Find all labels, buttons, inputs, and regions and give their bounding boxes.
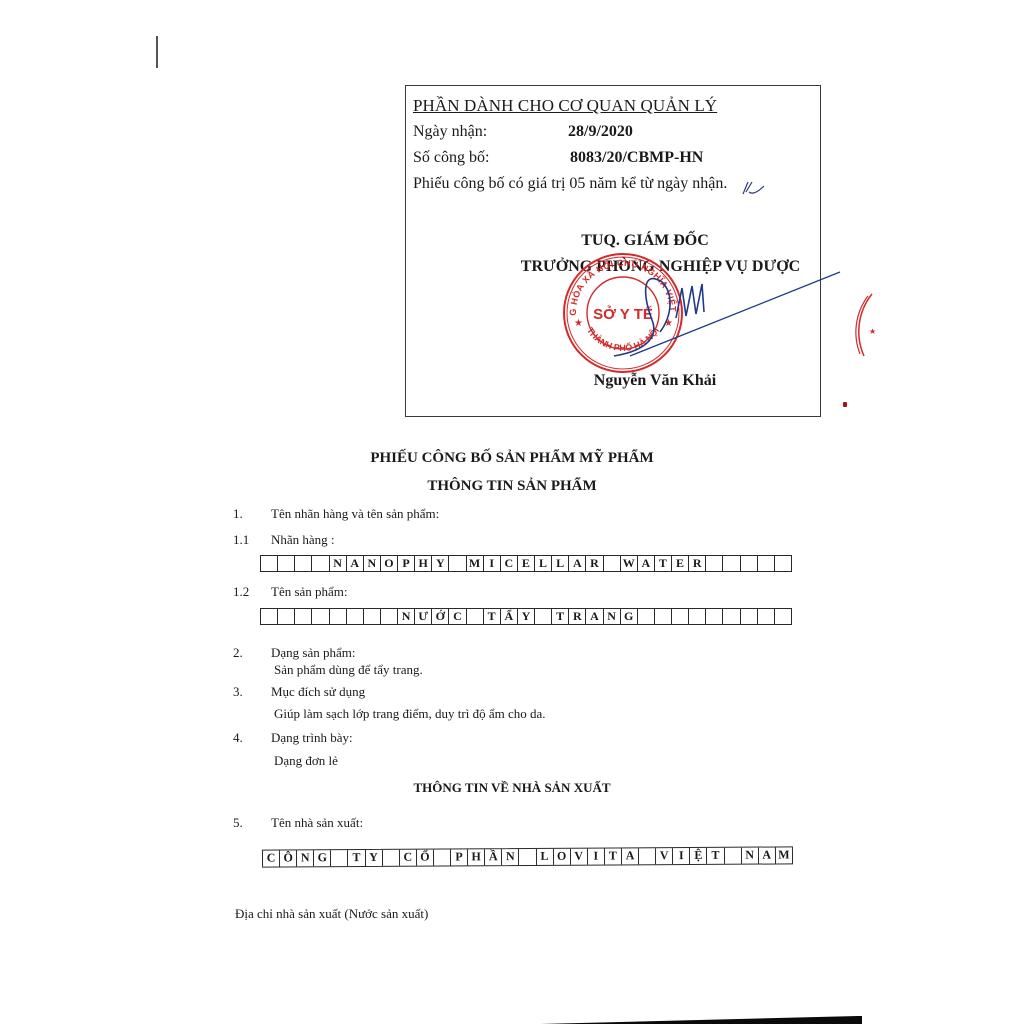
svg-text:★: ★ — [574, 318, 583, 329]
letter-cell: Ầ — [485, 849, 502, 865]
ink-mark — [843, 402, 847, 407]
letter-cell — [261, 556, 278, 571]
signature-icon — [600, 260, 850, 370]
item-3-label: Mục đích sử dụng — [271, 684, 365, 699]
letter-cell: Ô — [280, 850, 297, 866]
letter-cell: Y — [366, 850, 383, 866]
product-name-cells: NƯỚCTẨYTRANG — [260, 608, 792, 625]
letter-cell — [706, 609, 723, 624]
letter-cell: R — [569, 609, 586, 624]
letter-cell: G — [621, 609, 638, 624]
letter-cell — [689, 609, 706, 624]
letter-cell: O — [554, 849, 571, 865]
item-2-number: 2. — [233, 645, 271, 661]
letter-cell — [775, 609, 791, 624]
letter-cell: Ệ — [690, 848, 707, 864]
letter-cell: M — [776, 847, 792, 863]
letter-cell: R — [586, 556, 603, 571]
letter-cell — [639, 848, 656, 864]
letter-cell: C — [263, 851, 280, 867]
letter-cell: L — [535, 556, 552, 571]
manufacturer-address-label: Địa chỉ nhà sản xuất (Nước sản xuất) — [235, 906, 428, 922]
item-4: 4.Dạng trình bày: — [233, 730, 353, 746]
item-1-number: 1. — [233, 506, 271, 522]
letter-cell — [347, 609, 364, 624]
scan-mark — [156, 36, 158, 68]
item-3-value: Giúp làm sạch lớp trang điểm, duy trì độ… — [274, 706, 546, 722]
section-manufacturer-heading: THÔNG TIN VỀ NHÀ SẢN XUẤT — [0, 780, 1024, 796]
letter-cell: Ổ — [417, 850, 434, 866]
item-5-label: Tên nhà sản xuất: — [271, 815, 363, 830]
letter-cell — [758, 609, 775, 624]
letter-cell: A — [622, 848, 639, 864]
letter-cell: N — [502, 849, 519, 865]
item-4-number: 4. — [233, 730, 271, 746]
letter-cell: Ư — [415, 609, 432, 624]
letter-cell — [312, 556, 329, 571]
letter-cell — [381, 609, 398, 624]
letter-cell: G — [314, 850, 331, 866]
letter-cell: P — [398, 556, 415, 571]
letter-cell — [706, 556, 723, 571]
letter-cell: N — [398, 609, 415, 624]
letter-cell — [723, 609, 740, 624]
letter-cell: N — [604, 609, 621, 624]
letter-cell: A — [586, 609, 603, 624]
letter-cell — [278, 556, 295, 571]
item-1-1: 1.1Nhãn hàng : — [233, 532, 335, 548]
letter-cell — [723, 556, 740, 571]
letter-cell — [331, 850, 348, 866]
letter-cell: T — [605, 848, 622, 864]
announcement-no-label: Số công bố: — [413, 149, 489, 167]
letter-cell: N — [364, 556, 381, 571]
item-4-value: Dạng đơn lẻ — [274, 753, 338, 769]
letter-cell: W — [621, 556, 638, 571]
letter-cell — [638, 609, 655, 624]
signer-title-1: TUQ. GIÁM ĐỐC — [560, 232, 730, 250]
letter-cell: I — [673, 848, 690, 864]
letter-cell — [724, 848, 741, 864]
letter-cell — [741, 609, 758, 624]
brand-name-cells: NANOPHYMICELLARWATER — [260, 555, 792, 572]
letter-cell: C — [400, 850, 417, 866]
letter-cell: T — [552, 609, 569, 624]
item-2-value: Sản phẩm dùng để tẩy trang. — [274, 662, 423, 678]
received-date-value: 28/9/2020 — [568, 123, 633, 141]
letter-cell: Y — [518, 609, 535, 624]
letter-cell — [741, 556, 758, 571]
validity-note: Phiếu công bố có giá trị 05 năm kể từ ng… — [413, 175, 727, 193]
letter-cell — [672, 609, 689, 624]
item-2: 2.Dạng sản phẩm: — [233, 645, 355, 661]
letter-cell — [383, 850, 400, 866]
letter-cell: N — [742, 848, 759, 864]
letter-cell — [312, 609, 329, 624]
letter-cell — [775, 556, 791, 571]
received-date-label: Ngày nhận: — [413, 123, 487, 141]
letter-cell — [519, 849, 536, 865]
letter-cell: Ẩ — [501, 609, 518, 624]
letter-cell — [535, 609, 552, 624]
letter-cell: T — [348, 850, 365, 866]
letter-cell: C — [501, 556, 518, 571]
partial-stamp-icon: ★ — [850, 290, 880, 360]
letter-cell: T — [707, 848, 724, 864]
item-1: 1.Tên nhãn hàng và tên sản phẩm: — [233, 506, 439, 522]
item-1-1-label: Nhãn hàng : — [271, 532, 335, 547]
item-3-number: 3. — [233, 684, 271, 700]
letter-cell: N — [330, 556, 347, 571]
letter-cell: R — [689, 556, 706, 571]
item-1-2: 1.2Tên sản phẩm: — [233, 584, 348, 600]
letter-cell: Ớ — [432, 609, 449, 624]
letter-cell: V — [571, 849, 588, 865]
item-3: 3.Mục đích sử dụng — [233, 684, 365, 700]
initials-mark-icon — [740, 178, 768, 200]
item-1-label: Tên nhãn hàng và tên sản phẩm: — [271, 506, 439, 521]
letter-cell: E — [672, 556, 689, 571]
letter-cell — [655, 609, 672, 624]
letter-cell: E — [518, 556, 535, 571]
letter-cell: A — [638, 556, 655, 571]
item-4-label: Dạng trình bày: — [271, 730, 353, 745]
letter-cell — [278, 609, 295, 624]
item-2-label: Dạng sản phẩm: — [271, 645, 355, 660]
item-5-number: 5. — [233, 815, 271, 831]
letter-cell — [295, 609, 312, 624]
letter-cell — [467, 609, 484, 624]
letter-cell — [330, 609, 347, 624]
document-title: PHIẾU CÔNG BỐ SẢN PHẨM MỸ PHẨM — [0, 450, 1024, 467]
letter-cell: A — [759, 847, 776, 863]
letter-cell — [758, 556, 775, 571]
letter-cell: Y — [432, 556, 449, 571]
letter-cell: T — [484, 609, 501, 624]
signer-name: Nguyễn Văn Khải — [580, 372, 730, 390]
letter-cell: I — [484, 556, 501, 571]
svg-text:★: ★ — [869, 327, 876, 336]
letter-cell — [449, 556, 466, 571]
letter-cell: A — [569, 556, 586, 571]
item-1-1-number: 1.1 — [233, 532, 271, 548]
letter-cell: H — [468, 849, 485, 865]
letter-cell: C — [449, 609, 466, 624]
letter-cell: T — [655, 556, 672, 571]
management-box-title: PHẦN DÀNH CHO CƠ QUAN QUẢN LÝ — [413, 96, 717, 116]
letter-cell — [604, 556, 621, 571]
item-5: 5.Tên nhà sản xuất: — [233, 815, 363, 831]
letter-cell: O — [381, 556, 398, 571]
manufacturer-name-cells: CÔNGTYCỔPHẦNLOVITAVIỆTNAM — [262, 846, 793, 867]
scan-edge-shadow — [540, 1014, 870, 1024]
item-1-2-number: 1.2 — [233, 584, 271, 600]
letter-cell — [295, 556, 312, 571]
letter-cell — [364, 609, 381, 624]
letter-cell: P — [451, 849, 468, 865]
letter-cell: L — [536, 849, 553, 865]
letter-cell — [261, 609, 278, 624]
letter-cell: V — [656, 848, 673, 864]
letter-cell: H — [415, 556, 432, 571]
letter-cell: M — [467, 556, 484, 571]
section-product-heading: THÔNG TIN SẢN PHẨM — [0, 478, 1024, 495]
letter-cell: I — [588, 849, 605, 865]
item-1-2-label: Tên sản phẩm: — [271, 584, 348, 599]
letter-cell — [434, 849, 451, 865]
letter-cell: A — [347, 556, 364, 571]
letter-cell: N — [297, 850, 314, 866]
announcement-no-value: 8083/20/CBMP-HN — [570, 149, 703, 167]
letter-cell: L — [552, 556, 569, 571]
